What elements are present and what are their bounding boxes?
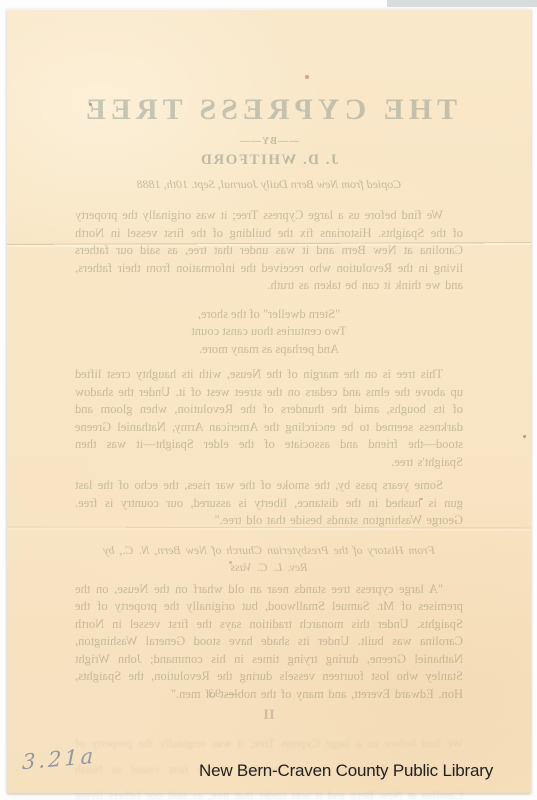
scanner-background-strip	[387, 0, 537, 7]
paragraph: "A large cypress tree stands near an old…	[75, 581, 463, 704]
source-line: Copied from New Bern Daily Journal, Sept…	[75, 177, 463, 192]
section-numeral: II	[75, 707, 463, 724]
paragraph: We find before us a large Cypress Tree; …	[75, 207, 463, 295]
byline: ——BY——	[75, 136, 463, 147]
page-number: — 93	[75, 686, 238, 701]
verse-line: Two centuries thou canst count	[75, 323, 463, 341]
paper-sheet: THE CYPRESS TREE ——BY—— J. D. WHITFORD C…	[7, 9, 531, 793]
verse-line: "Stern dweller" of the shore,	[75, 306, 463, 324]
citation-line: From History of the Presbyterian Church …	[75, 542, 463, 560]
author-name: J. D. WHITFORD	[75, 152, 463, 169]
verse-stanza: "Stern dweller" of the shore, Two centur…	[75, 306, 463, 359]
document-title: THE CYPRESS TREE	[75, 93, 463, 127]
citation: From History of the Presbyterian Church …	[75, 542, 463, 577]
showthrough-text-layer: THE CYPRESS TREE ——BY—— J. D. WHITFORD C…	[7, 9, 531, 793]
paragraph: Some years pass by, the smoke of the war…	[75, 477, 463, 530]
verse-line: And perhaps as many more.	[75, 341, 463, 359]
library-caption: New Bern-Craven County Public Library	[199, 761, 519, 781]
paragraph: This tree is on the margin of the Neuse,…	[75, 366, 463, 471]
document-page: THE CYPRESS TREE ——BY—— J. D. WHITFORD C…	[75, 9, 463, 800]
citation-line: Rev. L. C. Vass	[75, 559, 463, 577]
